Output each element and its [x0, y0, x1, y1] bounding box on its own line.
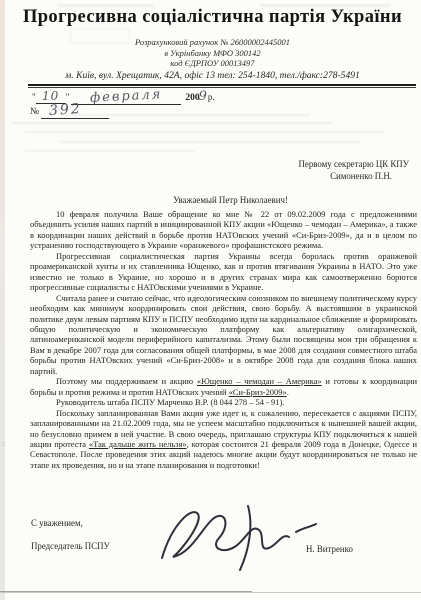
year-suffix: р. [208, 92, 215, 102]
letterhead-divider [28, 84, 416, 88]
recipient-title: Первому секретарю ЦК КПУ [298, 158, 409, 170]
number-sign: № [30, 107, 39, 117]
scan-edge-tint [0, 0, 5, 600]
recipient-name: Симоненко П.Н. [298, 170, 409, 182]
letter-body: 10 февраля получила Ваше обращение ко мн… [30, 209, 417, 470]
underlined-phrase: «Так дальше жить нельзя» [89, 439, 187, 449]
address-line: м. Київ, вул. Хрещатик, 42А, офіс 13 тел… [6, 70, 419, 81]
bank-line: в Укрінбанку МФО 300142 [6, 48, 419, 59]
number-blank: 392 [41, 102, 109, 119]
bleedthrough-artifact [25, 150, 195, 152]
bleedthrough-artifact [12, 122, 332, 124]
printed-year: 200 [185, 93, 199, 103]
underlined-phrase: «Си-Бриз-2009» [229, 387, 287, 397]
scanned-letter-page: :: Прогресивна соціалістична партія Укра… [0, 0, 421, 600]
signer-position: Председатель ПСПУ [31, 541, 110, 551]
handwritten-day: 10 [42, 89, 59, 103]
text-segment: Поэтому мы поддерживаем и акцию [56, 376, 197, 386]
scan-bottom-line [0, 592, 421, 593]
text-segment: . [287, 387, 289, 397]
closing-regards: С уважением, [31, 518, 83, 528]
handwritten-year-digit: 9 [199, 89, 207, 104]
letterhead: Прогресивна соціалістична партія України… [6, 6, 419, 81]
paragraph-3: Считала ранее и считаю сейчас, что идеол… [30, 293, 417, 377]
paragraph-4: Поэтому мы поддерживаем и акцию «Ющенко … [30, 376, 417, 397]
paragraph-5: Руководитель штаба ПСПУ Марченко В.Р. (8… [30, 397, 417, 407]
paragraph-6: Поскольку запланированная Вами акция уже… [30, 408, 417, 471]
bleedthrough-artifact [25, 131, 385, 133]
recipient-block: Первому секретарю ЦК КПУ Симоненко П.Н. [298, 158, 409, 182]
handwritten-signature-scrawl-icon [148, 502, 323, 577]
number-line: №392 [30, 102, 109, 119]
scan-speck: :: [1, 440, 5, 448]
close-quote: " [66, 92, 70, 102]
underlined-phrase: «Ющенко – чемодан – Америка» [197, 376, 322, 386]
paragraph-2: Прогрессивная социалистическая партия Ук… [30, 251, 417, 293]
paragraph-1: 10 февраля получила Ваше обращение ко мн… [30, 209, 417, 251]
edrpou-code-line: код ЄДРПОУ 00013497 [6, 58, 419, 69]
salutation: Уважаемый Петр Николаевич! [40, 195, 421, 205]
handwritten-number: 392 [49, 101, 83, 119]
party-name-title: Прогресивна соціалістична партія України [6, 6, 419, 28]
account-line: Розрахунковий рахунок № 26000002445001 [6, 37, 419, 48]
signer-name: Н. Витренко [306, 544, 353, 554]
bleedthrough-artifact [60, 141, 360, 143]
